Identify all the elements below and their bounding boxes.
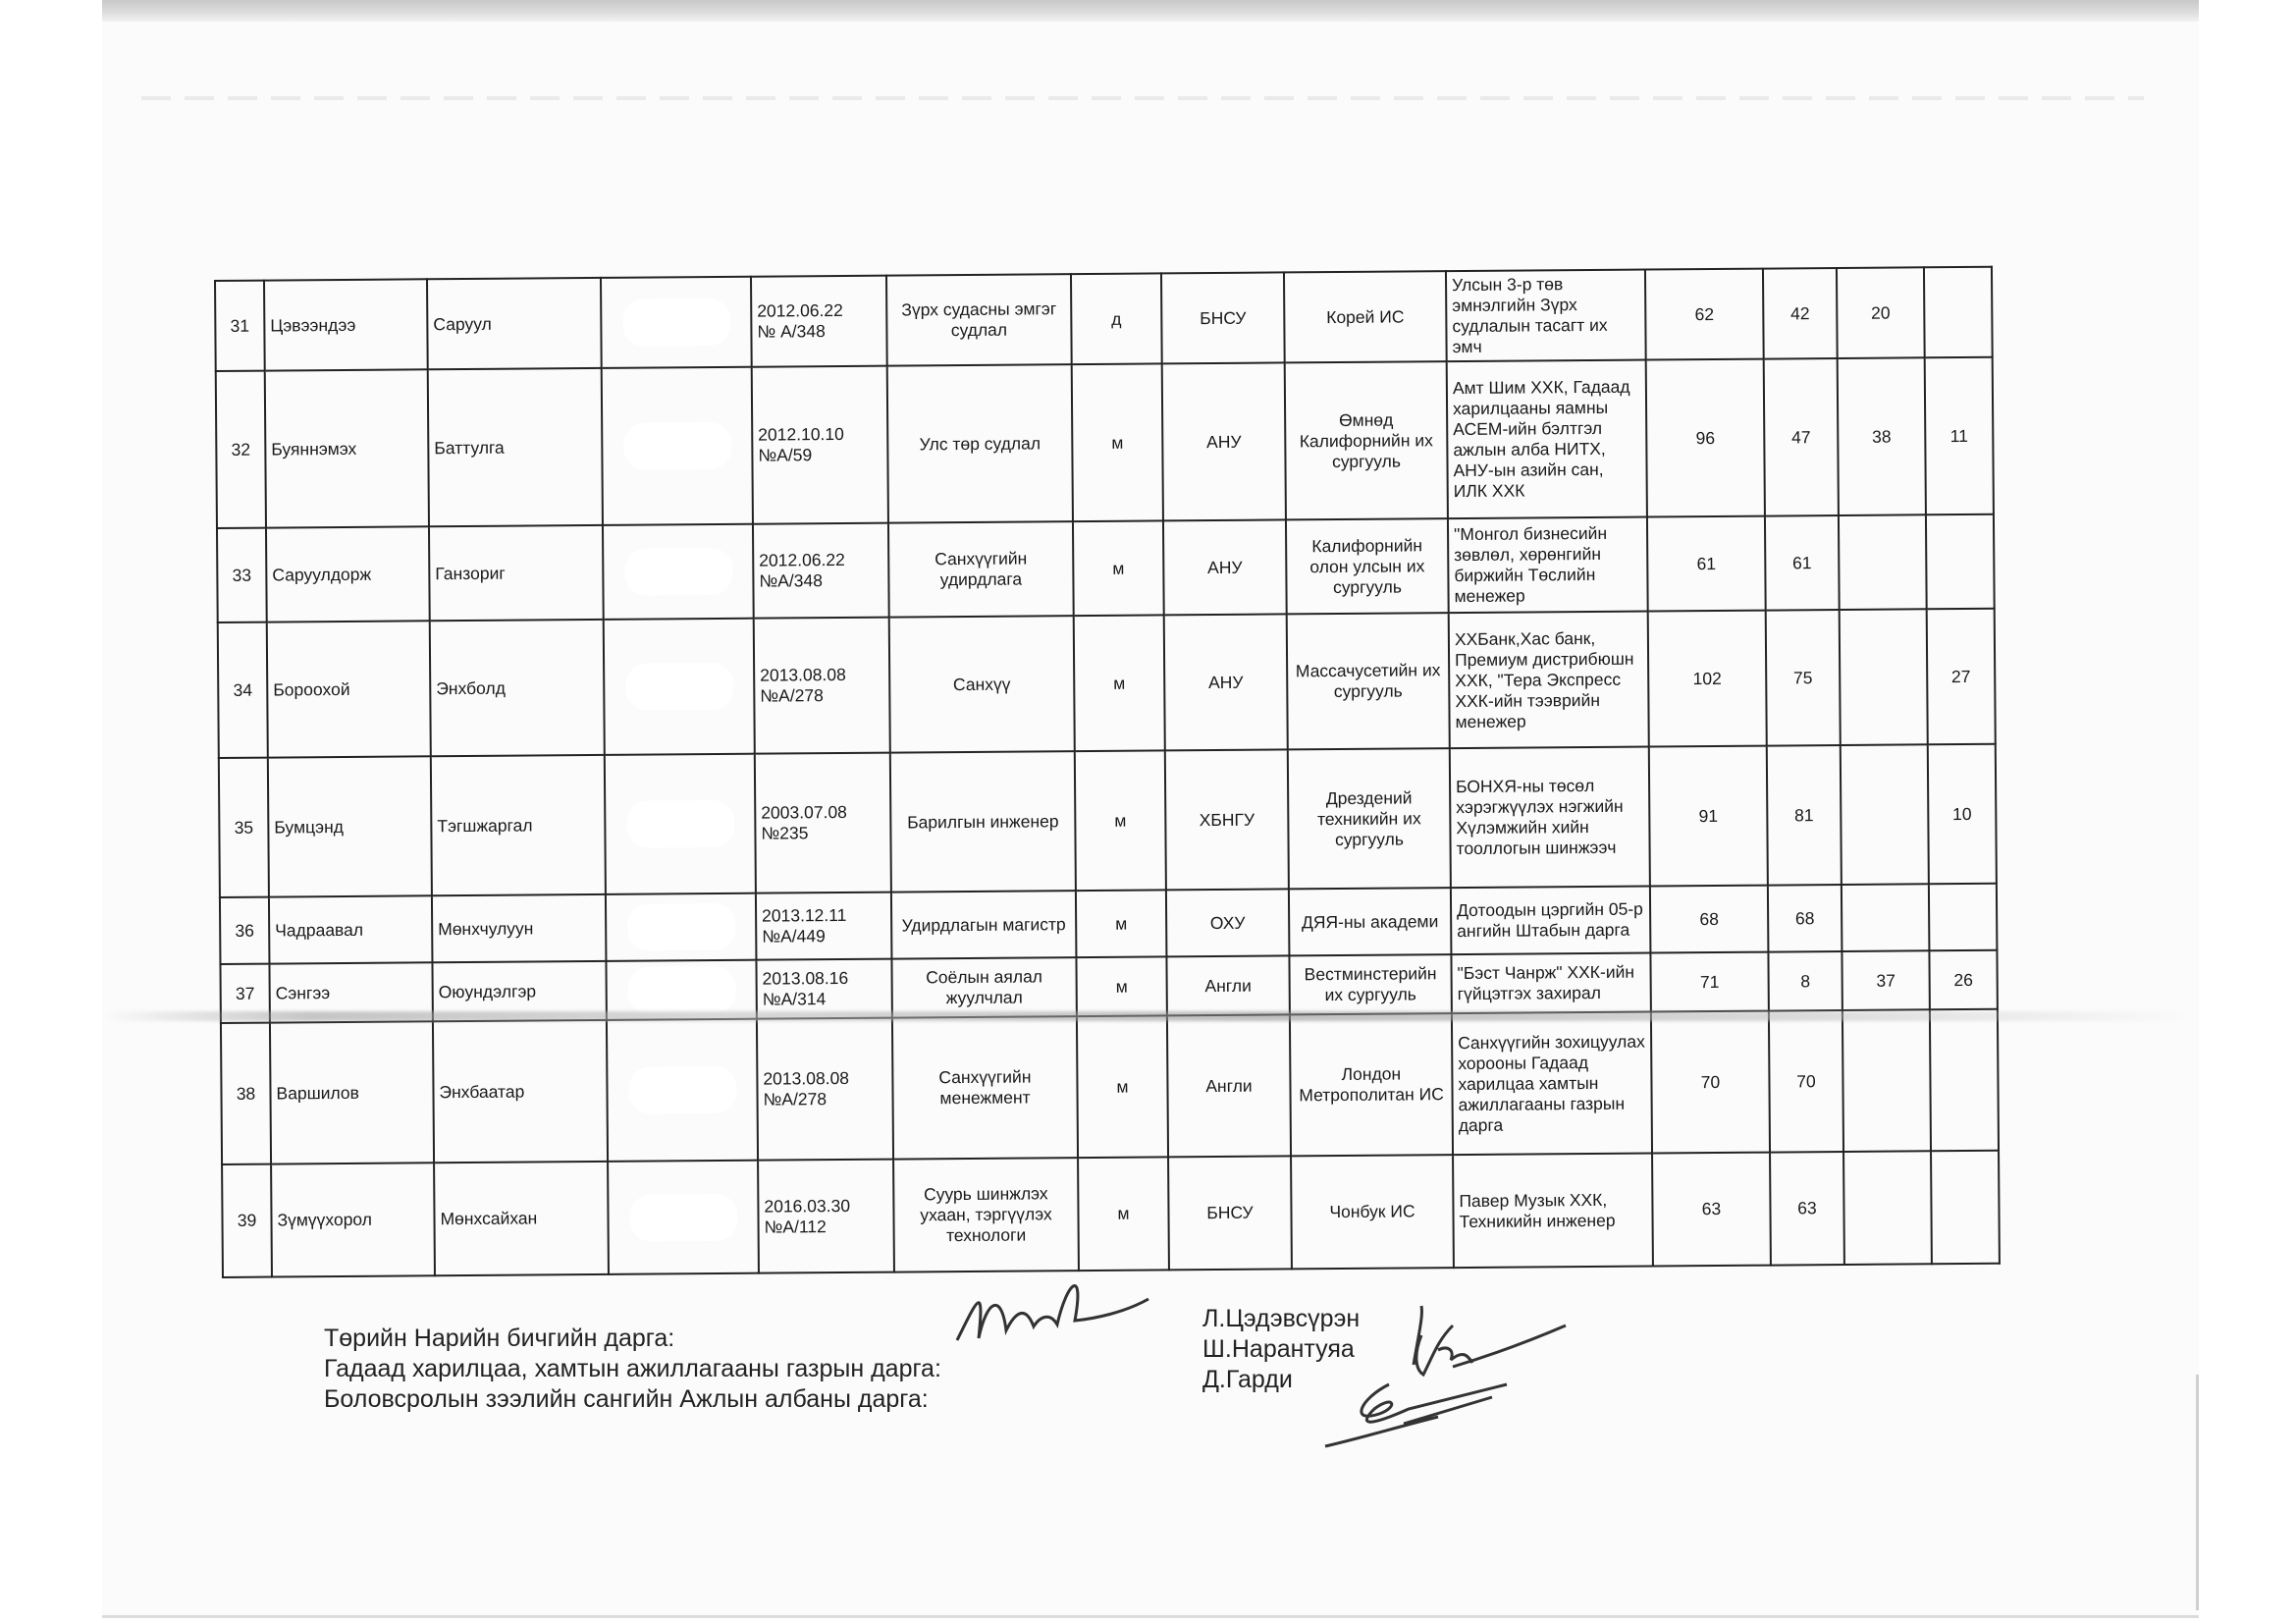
school-cell: Чонбук ИС	[1291, 1155, 1454, 1269]
school-cell: Вестминстерийн их сургууль	[1289, 954, 1451, 1014]
role-foreign-relations-head: Гадаад харилцаа, хамтын ажиллагааны газр…	[324, 1354, 941, 1384]
specialty-cell: Санхүүгийн менежмент	[892, 1016, 1078, 1159]
order-cell: 2013.08.08 №А/278	[757, 1018, 893, 1161]
score-3-cell: 11	[1925, 357, 1994, 515]
redaction-mark	[629, 1193, 737, 1241]
redaction-mark	[622, 298, 730, 347]
score-1-cell: 42	[1763, 268, 1838, 359]
last-name-cell: Цэвээндээ	[264, 279, 428, 370]
table-row: 35БумцэндТэгшжаргал2003.07.08 №235Барилг…	[219, 744, 1997, 897]
job-cell: Улсын 3-р төв эмнэлгийн Зүрх судлалын та…	[1446, 270, 1646, 362]
job-cell: "Бэст Чанрж" ХХК-ийн гүйцэтгэх захирал	[1451, 953, 1650, 1014]
order-cell: 2012.06.22 № А/348	[751, 276, 887, 367]
last-name-cell: Бороохой	[267, 621, 431, 757]
order-cell: 2012.06.22 №А/348	[753, 523, 889, 619]
job-cell: Амт Шим ХХК, Гадаад харилцааны яамны АСЕ…	[1447, 360, 1647, 519]
page-edge-mark	[2196, 1375, 2199, 1610]
score-2-cell: 37	[1842, 950, 1929, 1010]
specialty-cell: Зүрх судасны эмгэг судлал	[886, 274, 1072, 365]
order-cell: 2013.08.16 №А/314	[756, 959, 891, 1019]
first-name-cell: Мөнхчулуун	[432, 894, 607, 962]
country-cell: БНСУ	[1168, 1156, 1292, 1270]
table-row: 38ВаршиловЭнхбаатар2013.08.08 №А/278Санх…	[221, 1009, 1999, 1164]
row-number: 35	[219, 758, 269, 897]
first-name-cell: Баттулга	[428, 368, 603, 526]
row-number: 38	[221, 1023, 271, 1164]
table-row: 32БуяннэмэхБаттулга2012.10.10 №А/59Улс т…	[216, 357, 1994, 528]
degree-cell: м	[1077, 1015, 1168, 1158]
bleed-through-text	[141, 96, 2144, 100]
score-3-cell	[1924, 267, 1993, 358]
table-row: 39ЗүмүүхоролМөнхсайхан2016.03.30 №А/112С…	[222, 1151, 2000, 1277]
specialty-cell: Санхүүгийн удирдлага	[888, 521, 1074, 617]
score-1-cell: 47	[1764, 358, 1839, 516]
order-cell: 2016.03.30 №А/112	[758, 1160, 894, 1273]
first-name-cell: Ганзориг	[429, 525, 604, 621]
score-2-cell	[1842, 1009, 1931, 1152]
job-cell: Дотоодын цэргийн 05-р ангийн Штабын дарг…	[1451, 887, 1651, 955]
scholarship-roster-table: 31ЦэвээндээСаруул2012.06.22 № А/348Зүрх …	[214, 266, 2001, 1278]
specialty-cell: Санхүү	[889, 616, 1075, 752]
specialty-cell: Улс төр судлал	[887, 364, 1073, 522]
row-number: 34	[218, 622, 268, 758]
redacted-cell	[605, 754, 756, 894]
role-education-loan-fund-head: Боловсролын зээлийн сангийн Ажлын албаны…	[324, 1384, 941, 1415]
redacted-cell	[603, 524, 754, 620]
job-cell: БОНХЯ-ны төсөл хэрэгжүүлэх нэгжийн Хүлэм…	[1450, 747, 1650, 889]
school-cell: Корей ИС	[1284, 271, 1447, 362]
degree-cell: м	[1073, 520, 1164, 616]
row-number: 31	[215, 281, 265, 371]
country-cell: ОХУ	[1166, 889, 1290, 956]
role-state-secretary: Төрийн Нарийн бичгийн дарга:	[324, 1324, 941, 1354]
redaction-mark	[626, 800, 734, 848]
job-cell: Павер Музык ХХК, Техникийн инженер	[1453, 1154, 1653, 1269]
degree-cell: м	[1072, 363, 1163, 521]
country-cell: АНУ	[1162, 362, 1286, 520]
table-row: 31ЦэвээндээСаруул2012.06.22 № А/348Зүрх …	[215, 267, 1993, 371]
score-3-cell: 26	[1929, 950, 1997, 1010]
redaction-mark	[623, 422, 731, 470]
order-cell: 2013.12.11 №А/449	[756, 893, 892, 960]
signatory-roles: Төрийн Нарийн бичгийн дарга: Гадаад хари…	[324, 1324, 941, 1415]
total-score-cell: 62	[1645, 269, 1764, 360]
score-2-cell	[1842, 884, 1930, 951]
job-cell: "Монгол бизнесийн зөвлөл, хөрөнгийн бирж…	[1448, 517, 1648, 614]
score-1-cell: 61	[1765, 515, 1840, 611]
row-number: 33	[217, 528, 267, 622]
score-2-cell: 38	[1838, 357, 1926, 515]
score-3-cell: 10	[1928, 744, 1997, 885]
total-score-cell: 96	[1646, 359, 1765, 517]
last-name-cell: Варшилов	[270, 1021, 434, 1163]
school-cell: Дрездений техникийн их сургууль	[1288, 748, 1451, 889]
specialty-cell: Суурь шинжлэх ухаан, тэргүүлэх технологи	[893, 1158, 1079, 1271]
last-name-cell: Саруулдорж	[266, 526, 430, 622]
score-2-cell: 20	[1837, 267, 1925, 358]
total-score-cell: 70	[1651, 1011, 1770, 1154]
table-row: 34БороохойЭнхболд2013.08.08 №А/278Санхүү…	[218, 609, 1996, 758]
order-cell: 2012.10.10 №А/59	[752, 366, 888, 524]
redacted-cell	[608, 1161, 759, 1274]
scan-shadow-band	[102, 0, 2199, 22]
school-cell: Массачусетийн их сургууль	[1287, 613, 1450, 749]
first-name-cell: Тэгшжаргал	[431, 755, 606, 895]
last-name-cell: Чадраавал	[269, 895, 433, 963]
country-cell: АНУ	[1164, 614, 1288, 750]
total-score-cell: 91	[1649, 746, 1768, 887]
total-score-cell: 68	[1650, 886, 1769, 953]
score-2-cell	[1840, 609, 1928, 745]
degree-cell: м	[1078, 1157, 1169, 1271]
redacted-cell	[607, 1019, 758, 1162]
job-cell: ХХБанк,Хас банк, Премиум дистрибюшн ХХК,…	[1449, 612, 1649, 749]
redacted-cell	[606, 893, 757, 961]
specialty-cell: Барилгын инженер	[890, 751, 1076, 892]
degree-cell: м	[1076, 890, 1167, 957]
redaction-mark	[625, 663, 733, 711]
last-name-cell: Буяннэмэх	[265, 369, 429, 527]
total-score-cell: 63	[1652, 1153, 1771, 1267]
degree-cell: м	[1074, 615, 1165, 751]
first-name-cell: Саруул	[427, 278, 602, 369]
first-name-cell: Мөнхсайхан	[434, 1162, 609, 1275]
country-cell: Англи	[1167, 1014, 1291, 1157]
row-number: 39	[222, 1164, 272, 1277]
first-name-cell: Энхбаатар	[433, 1020, 608, 1163]
table-row: 33СаруулдоржГанзориг2012.06.22 №А/348Сан…	[217, 514, 1995, 622]
score-3-cell	[1926, 514, 1995, 610]
redaction-mark	[624, 548, 732, 596]
score-1-cell: 75	[1766, 610, 1841, 746]
specialty-cell: Соёлын аялал жуулчлал	[891, 957, 1076, 1017]
name-1: Л.Цэдэвсүрэн	[1202, 1304, 1360, 1334]
total-score-cell: 102	[1648, 611, 1767, 747]
score-3-cell: 27	[1927, 609, 1996, 745]
country-cell: АНУ	[1163, 519, 1287, 615]
country-cell: ХБНГУ	[1165, 749, 1289, 890]
score-3-cell	[1929, 884, 1998, 951]
degree-cell: м	[1076, 956, 1166, 1016]
scan-smudge	[102, 1011, 2193, 1021]
school-cell: Өмнөд Калифорнийн их сургууль	[1285, 361, 1448, 519]
score-1-cell: 81	[1767, 745, 1842, 886]
school-cell: Лондон Метрополитан ИС	[1290, 1013, 1453, 1156]
redacted-cell	[602, 367, 753, 525]
redaction-mark	[627, 903, 735, 951]
score-1-cell: 70	[1769, 1010, 1843, 1153]
total-score-cell: 71	[1650, 952, 1768, 1012]
score-1-cell: 68	[1768, 885, 1842, 952]
redaction-mark	[628, 1066, 736, 1114]
score-1-cell: 8	[1768, 951, 1842, 1011]
order-cell: 2003.07.08 №235	[755, 753, 891, 893]
last-name-cell: Бумцэнд	[268, 756, 432, 896]
total-score-cell: 61	[1647, 516, 1766, 612]
country-cell: БНСУ	[1161, 272, 1285, 363]
redacted-cell	[604, 619, 755, 755]
last-name-cell: Зүмүүхорол	[271, 1163, 435, 1276]
first-name-cell: Энхболд	[430, 620, 605, 756]
degree-cell: м	[1075, 750, 1166, 891]
score-2-cell	[1839, 514, 1927, 610]
score-2-cell	[1841, 744, 1929, 885]
score-2-cell	[1843, 1151, 1932, 1265]
school-cell: ДЯЯ-ны академи	[1289, 888, 1452, 955]
school-cell: Калифорнийн олон улсын их сургууль	[1286, 518, 1449, 614]
redaction-mark	[627, 966, 735, 1014]
score-3-cell	[1930, 1009, 1999, 1152]
row-number: 32	[216, 371, 266, 528]
job-cell: Санхүүгийн зохицуулах хорооны Гадаад хар…	[1452, 1012, 1652, 1156]
signature-3-icon	[1320, 1370, 1517, 1448]
score-1-cell: 63	[1770, 1152, 1844, 1266]
degree-cell: д	[1071, 273, 1162, 364]
country-cell: Англи	[1166, 955, 1289, 1015]
redacted-cell	[601, 277, 752, 368]
name-2: Ш.Нарантуяа	[1202, 1334, 1360, 1365]
score-3-cell	[1931, 1151, 2000, 1265]
row-number: 36	[220, 897, 270, 964]
specialty-cell: Удирдлагын магистр	[891, 891, 1077, 958]
signature-1-icon	[947, 1262, 1163, 1355]
order-cell: 2013.08.08 №А/278	[754, 618, 890, 754]
